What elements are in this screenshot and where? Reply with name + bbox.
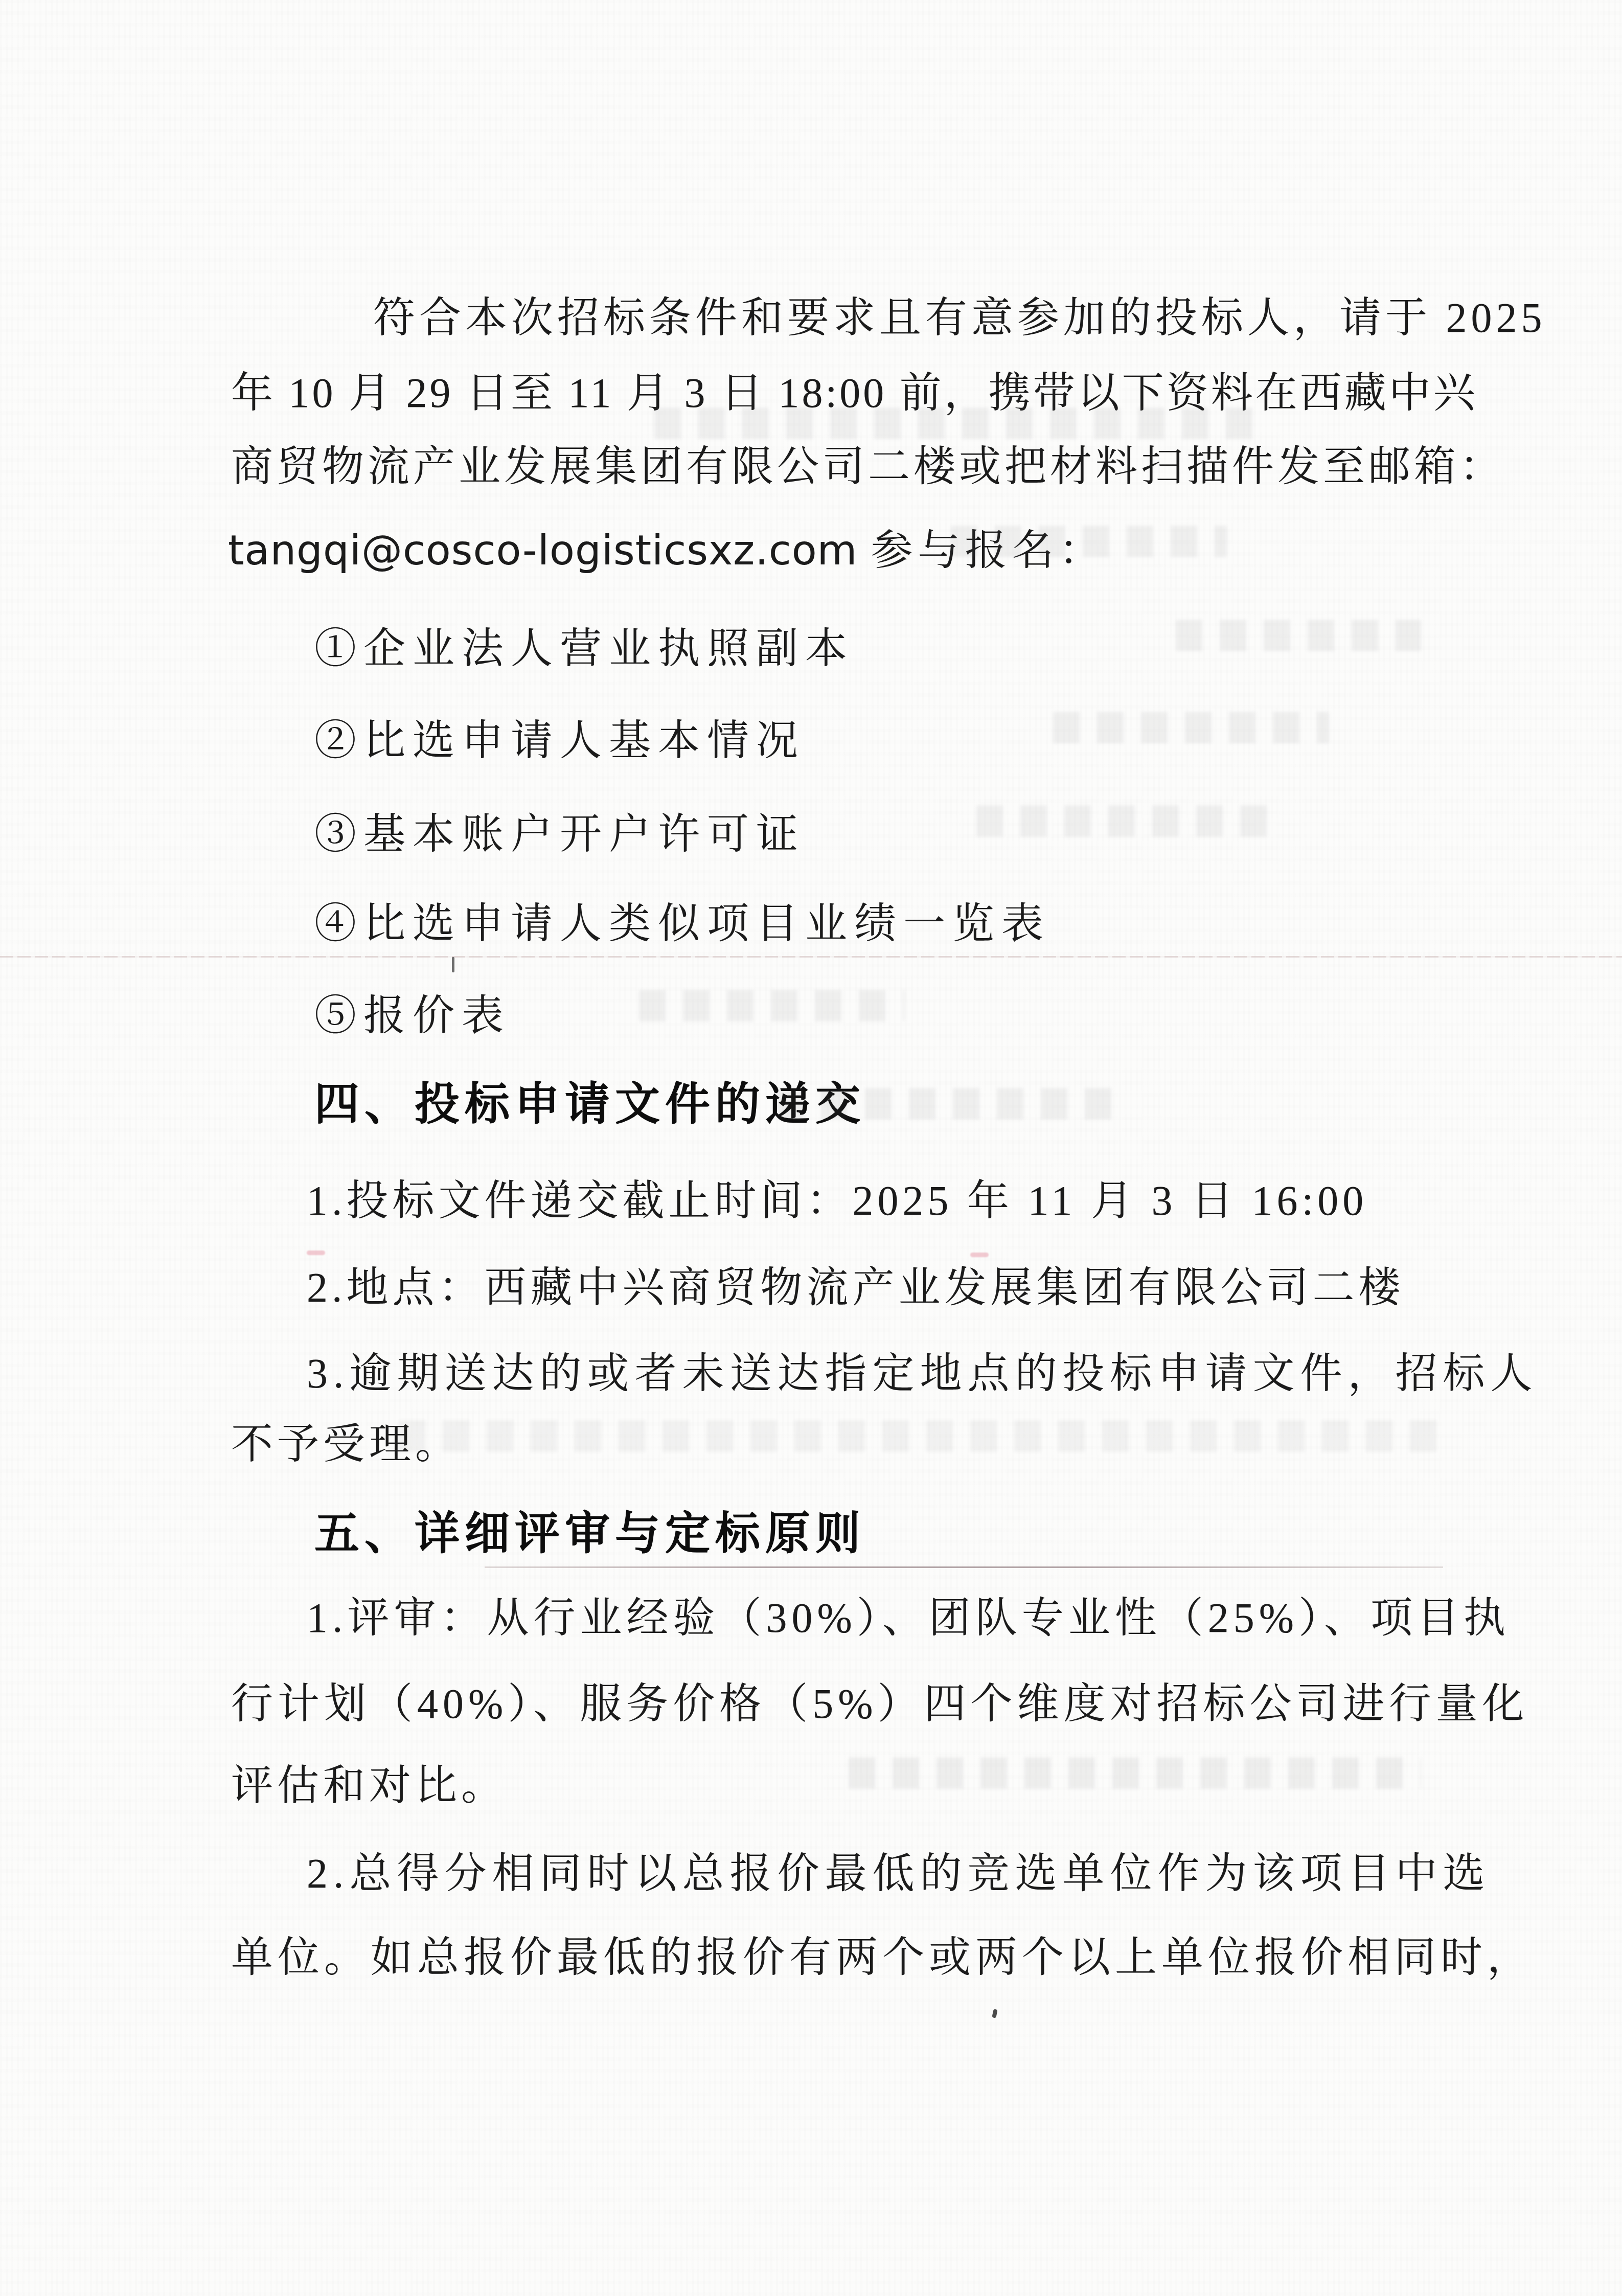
section5-clause1-line1: 1.评审：从行业经验（30%）、团队专业性（25%）、项目执 — [307, 1594, 1510, 1642]
contact-email: tangqi@cosco-logisticsxz.com — [228, 527, 858, 574]
intro-line-4: tangqi@cosco-logisticsxz.com参与报名： — [228, 527, 1106, 575]
bleed-through-artifact — [639, 990, 905, 1021]
bleed-through-artifact — [849, 1757, 1421, 1789]
list-item-quotation-table: ⑤报价表 — [314, 992, 511, 1040]
pink-smudge-artifact — [307, 1251, 325, 1255]
faint-partial-rule-artifact — [485, 1566, 1443, 1568]
section5-clause1-line2: 行计划（40%）、服务价格（5%）四个维度对招标公司进行量化 — [231, 1680, 1529, 1728]
intro-line-1: 符合本次招标条件和要求且有意参加的投标人，请于 2025 — [373, 294, 1546, 342]
intro-line-2: 年 10 月 29 日至 11 月 3 日 18:00 前，携带以下资料在西藏中… — [231, 369, 1478, 417]
scanned-document-page: 符合本次招标条件和要求且有意参加的投标人，请于 2025 年 10 月 29 日… — [0, 0, 1622, 2296]
faint-horizontal-rule-artifact — [0, 956, 1622, 958]
list-item-business-license: ①企业法人营业执照副本 — [314, 625, 854, 673]
bleed-through-artifact — [1053, 712, 1329, 743]
list-item-account-permit: ③基本账户开户许可证 — [314, 810, 805, 858]
list-item-performance-table: ④比选申请人类似项目业绩一览表 — [314, 900, 1050, 948]
section5-clause1-line3: 评估和对比。 — [231, 1762, 507, 1810]
pink-smudge-artifact — [970, 1253, 989, 1257]
intro-line-4-suffix: 参与报名： — [871, 527, 1106, 574]
bleed-through-artifact — [976, 805, 1283, 837]
bleed-through-artifact — [1176, 620, 1421, 651]
section4-clause2-location: 2.地点：西藏中兴商贸物流产业发展集团有限公司二楼 — [307, 1264, 1405, 1312]
section4-clause3-line2: 不予受理。 — [231, 1420, 461, 1468]
section5-clause2-line2: 单位。如总报价最低的报价有两个或两个以上单位报价相同时， — [231, 1934, 1534, 1982]
section5-clause2-line1: 2.总得分相同时以总报价最低的竞选单位作为该项目中选 — [307, 1850, 1491, 1898]
list-item-applicant-profile: ②比选申请人基本情况 — [314, 717, 805, 765]
section5-heading: 五、详细评审与定标原则 — [314, 1507, 865, 1559]
stray-tick-artifact — [452, 957, 454, 972]
section4-heading: 四、投标申请文件的递交 — [314, 1078, 865, 1129]
bleed-through-artifact — [399, 1420, 1447, 1452]
section4-clause3-line1: 3.逾期送达的或者未送达指定地点的投标申请文件，招标人 — [307, 1350, 1538, 1398]
intro-line-3: 商贸物流产业发展集团有限公司二楼或把材料扫描件发至邮箱： — [231, 443, 1505, 491]
section4-clause1-deadline: 1.投标文件递交截止时间：2025 年 11 月 3 日 16:00 — [307, 1177, 1367, 1225]
ink-speck-artifact — [992, 2009, 997, 2018]
